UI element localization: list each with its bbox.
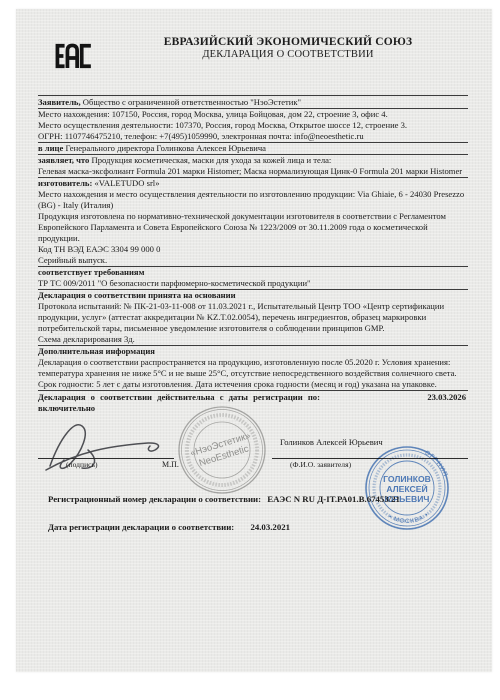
personal-round-stamp: ОГРНИП • МОСКВА • ГОЛИНКОВ АЛЕКСЕЙ ЮРЬЕВ… [359, 440, 455, 536]
eac-logo-icon [52, 38, 92, 74]
personal-stamp-line2: АЛЕКСЕЙ [386, 483, 427, 494]
applicant-activity-address: Место осуществления деятельности: 107370… [38, 120, 468, 131]
manufacturer-name: «VALETUDO srl» [94, 178, 159, 188]
compliance-heading: соответствует требованиям [38, 267, 144, 277]
personal-stamp-rim-bottom: • МОСКВА • [387, 511, 430, 525]
basis-heading: Декларация о соответствии принята на осн… [38, 290, 236, 300]
in-person-row: в лице Генерального директора Голинкова … [38, 143, 468, 155]
document-title: ДЕКЛАРАЦИЯ О СООТВЕТСТВИИ [108, 49, 468, 60]
applicant-address: Место нахождения: 107150, Россия, город … [38, 109, 468, 120]
registration-number-row: Регистрационный номер декларации о соотв… [48, 494, 468, 505]
signature-line [38, 458, 174, 459]
manufacturer-label: изготовитель: [38, 178, 92, 188]
union-title: ЕВРАЗИЙСКИЙ ЭКОНОМИЧЕСКИЙ СОЮЗ [108, 36, 468, 48]
declares-label: заявляет, что [38, 155, 89, 165]
compliance-block: соответствует требованиям ТР ТС 009/2011… [38, 267, 468, 290]
company-round-stamp: «НэоЭстетик» NeoEsthetic [170, 398, 274, 502]
in-person-name: Генерального директора Голинкова Алексея… [65, 143, 266, 153]
manufacturer-address: Место нахождения и место осуществления д… [38, 189, 468, 211]
handwritten-signature [44, 416, 174, 472]
validity-date: 23.03.2026 [427, 392, 468, 403]
applicant-contacts: ОГРН: 1107746475210, телефон: +7(495)105… [38, 131, 468, 142]
additional-heading: Дополнительная информация [38, 346, 155, 356]
declares-text: Продукция косметическая, маски для ухода… [92, 155, 332, 165]
applicant-name: Общество с ограниченной ответственностью… [83, 97, 301, 107]
serial-release: Серийный выпуск. [38, 255, 468, 266]
declaration-scheme: Схема декларирования 3д. [38, 334, 468, 345]
name-caption: (Ф.И.О. заявителя) [290, 460, 351, 469]
registration-date-label: Дата регистрации декларации о соответств… [48, 522, 234, 532]
scanned-declaration-page: ЕВРАЗИЙСКИЙ ЭКОНОМИЧЕСКИЙ СОЮЗ ДЕКЛАРАЦИ… [16, 9, 492, 672]
registration-date-value: 24.03.2021 [250, 522, 290, 532]
document-header: ЕВРАЗИЙСКИЙ ЭКОНОМИЧЕСКИЙ СОЮЗ ДЕКЛАРАЦИ… [38, 9, 468, 95]
applicant-details: Место нахождения: 107150, Россия, город … [38, 109, 468, 143]
additional-info-block: Дополнительная информация Декларация о с… [38, 346, 468, 391]
registration-number-value: ЕАЭС N RU Д-IT.РА01.В.67453/21 [267, 494, 400, 504]
registration-number-label: Регистрационный номер декларации о соотв… [48, 494, 261, 504]
compliance-requirement: ТР ТС 009/2011 "О безопасности парфюмерн… [38, 278, 468, 289]
personal-stamp-line1: ГОЛИНКОВ [383, 474, 431, 484]
in-person-label: в лице [38, 143, 63, 153]
applicant-label: Заявитель, [38, 97, 81, 107]
manufacturer-block: изготовитель: «VALETUDO srl» Место нахож… [38, 178, 468, 267]
tn-ved-code: Код ТН ВЭД ЕАЭС 3304 99 000 0 [38, 244, 468, 255]
svg-text:• МОСКВА •: • МОСКВА • [387, 511, 430, 525]
products-list: Гелевая маска-эксфолиант Formula 201 мар… [38, 166, 468, 177]
basis-block: Декларация о соответствии принята на осн… [38, 290, 468, 346]
additional-text: Декларация о соответствии распространяет… [38, 357, 468, 390]
signature-area: (подпись) М.П. Голинков Алексей Юрьевич … [38, 414, 468, 494]
regulation-text: Продукция изготовлена по нормативно-техн… [38, 211, 468, 244]
applicant-name-row: Заявитель, Общество с ограниченной ответ… [38, 95, 468, 109]
signature-caption: (подпись) [66, 460, 98, 469]
basis-text: Протокола испытаний: № ПК-21-03-11-008 о… [38, 301, 468, 334]
declared-products: заявляет, что Продукция косметическая, м… [38, 155, 468, 178]
